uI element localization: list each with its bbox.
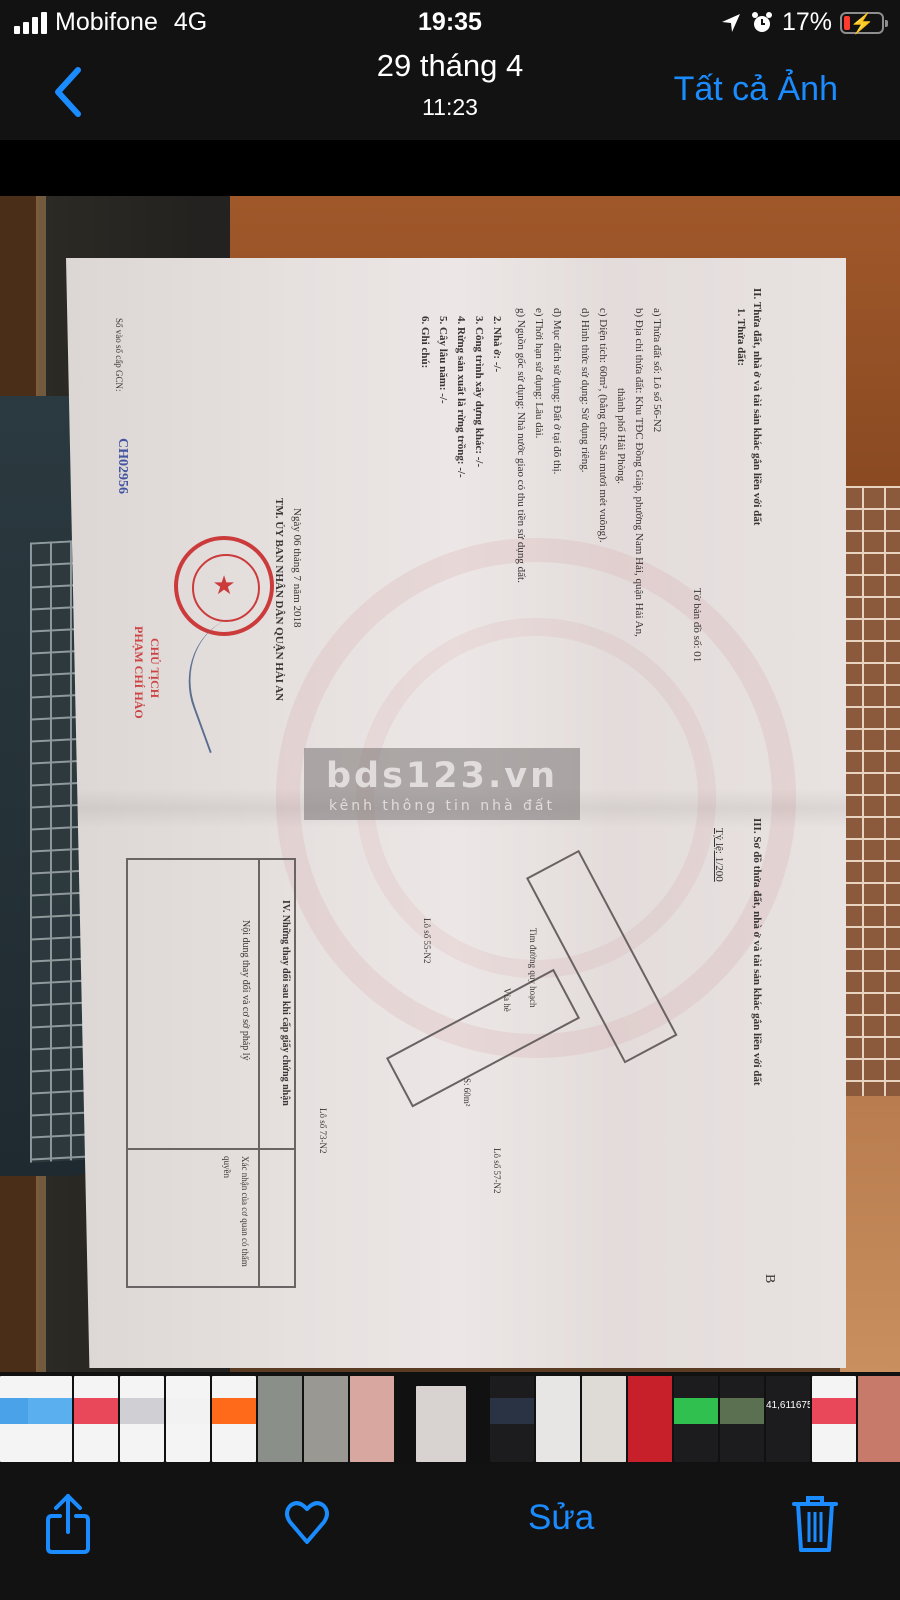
nav-bar: 29 tháng 4 11:23 Tất cả Ảnh xyxy=(0,44,900,140)
thumbnail-post-gray[interactable] xyxy=(120,1376,164,1462)
north-arrow: B xyxy=(760,1274,778,1283)
thumbnail-post-white[interactable] xyxy=(166,1376,210,1462)
scale-label: Tỷ lệ: 1/200 xyxy=(710,828,728,882)
doc-line: 1. Thửa đất: xyxy=(732,308,750,366)
thumbnail-content xyxy=(536,1376,580,1462)
thumbnail-calculator[interactable]: 41,6116751 xyxy=(766,1376,810,1462)
photo-viewer-screen: Mobifone 4G 19:35 17% ⚡ 29 tháng 4 11:23… xyxy=(0,0,900,1600)
thumbnail-content xyxy=(582,1376,626,1462)
thumbnail-content xyxy=(628,1376,672,1462)
watermark-subtitle: kênh thông tin nhà đất xyxy=(304,798,580,814)
doc-line: 4. Rừng sản xuất là rừng trồng: -/- xyxy=(452,316,470,616)
thumbnail-drawing[interactable] xyxy=(536,1376,580,1462)
thumbnail-certificate-pink[interactable] xyxy=(350,1376,394,1462)
signing-date: Ngày 06 tháng 7 năm 2018 xyxy=(288,508,306,627)
thumbnail-content xyxy=(166,1398,210,1424)
doc-line: 2. Nhà ở: -/- xyxy=(488,316,506,616)
thumbnail-post-red[interactable] xyxy=(74,1376,118,1462)
thumbnail-content xyxy=(490,1398,534,1424)
thumbnail-post-red[interactable] xyxy=(812,1376,856,1462)
signer-title: CHỦ TỊCH xyxy=(147,638,162,698)
thumbnail-current-document[interactable] xyxy=(416,1386,466,1462)
location-arrow-icon xyxy=(720,12,742,34)
thumbnail-drawing[interactable] xyxy=(582,1376,626,1462)
section-2-body: a) Thửa đất số: Lô số 56-N2 b) Địa chỉ t… xyxy=(576,308,666,728)
doc-line: c) Diện tích: 60m², (bằng chữ: Sáu mươi … xyxy=(594,308,612,728)
thumbnail-content xyxy=(28,1398,72,1424)
trash-icon xyxy=(792,1494,838,1554)
thumbnail-content xyxy=(350,1376,394,1462)
share-button[interactable] xyxy=(44,1492,92,1556)
thumbnail-red-book[interactable] xyxy=(628,1376,672,1462)
thumbnail-content xyxy=(720,1398,764,1424)
thumbnail-content xyxy=(674,1398,718,1424)
map-sheet-number: Tờ bản đồ số: 01 xyxy=(688,588,706,662)
thumbnail-strip[interactable]: 41,6116751 xyxy=(0,1372,900,1464)
heart-icon xyxy=(284,1500,330,1546)
section-2-items: 2. Nhà ở: -/- 3. Công trình xây dựng khá… xyxy=(416,316,506,616)
thumbnail-content xyxy=(304,1376,348,1462)
doc-line: e) Thời hạn sử dụng: Lâu dài. xyxy=(530,308,548,728)
thumbnail-content xyxy=(416,1386,466,1462)
thumbnail-post-orange[interactable] xyxy=(212,1376,256,1462)
thumbnail-messages[interactable] xyxy=(674,1376,718,1462)
doc-line: 6. Ghi chú: xyxy=(416,316,434,616)
photo-view[interactable]: II. Thửa đất, nhà ở và tài sản khác gắn … xyxy=(0,140,900,1372)
thumbnail-aerial-map[interactable] xyxy=(720,1376,764,1462)
thumbnail-content xyxy=(212,1398,256,1424)
road-label: Tim đường quy hoạch xyxy=(524,928,542,1008)
battery-percent: 17% xyxy=(782,8,832,37)
thumbnail-app-dark[interactable] xyxy=(490,1376,534,1462)
doc-line: thành phố Hải Phòng. xyxy=(612,308,630,728)
thumbnail-bathroom[interactable] xyxy=(304,1376,348,1462)
bottom-toolbar: Sửa xyxy=(0,1464,900,1600)
status-bar: Mobifone 4G 19:35 17% ⚡ xyxy=(0,0,900,44)
table-header-confirmation: Xác nhận của cơ quan có thẩm quyền xyxy=(218,1156,254,1286)
section-2-body-2: đ) Mục đích sử dụng: Đất ở tại đô thị. e… xyxy=(512,308,566,728)
plot-main xyxy=(386,969,580,1108)
thumbnail-content: 41,6116751 xyxy=(766,1400,810,1426)
doc-line: a) Thửa đất số: Lô số 56-N2 xyxy=(648,308,666,728)
thumbnail-content xyxy=(74,1398,118,1424)
alarm-clock-icon xyxy=(750,11,774,35)
favorite-button[interactable] xyxy=(284,1500,330,1546)
section-4-heading: IV. Những thay đổi sau khi cấp giấy chứn… xyxy=(276,900,294,1106)
watermark-title: bds123.vn xyxy=(304,754,580,798)
land-plot-diagram: Tim đường quy hoạch Vỉa hè S: 60m² Lô số… xyxy=(366,858,666,1158)
table-header-changes: Nội dung thay đổi và cơ sở pháp lý xyxy=(236,920,254,1061)
neighbor-lot-55: Lô số 55-N2 xyxy=(418,918,436,964)
doc-line: 3. Công trình xây dựng khác: -/- xyxy=(470,316,488,616)
signer-name: PHẠM CHÍ HẢO xyxy=(131,626,146,719)
battery-charging-icon: ⚡ xyxy=(840,12,884,34)
thumbnail-content xyxy=(258,1376,302,1462)
registry-label: Số vào sổ cấp GCN: xyxy=(110,318,128,392)
all-photos-button[interactable]: Tất cả Ảnh xyxy=(674,70,838,109)
doc-line: d) Hình thức sử dụng: Sử dụng riêng. xyxy=(576,308,594,728)
thumbnail-content xyxy=(858,1376,900,1462)
serial-number: CH02956 xyxy=(114,438,130,494)
thumbnail-person[interactable] xyxy=(858,1376,900,1462)
section-2-heading: II. Thửa đất, nhà ở và tài sản khác gắn … xyxy=(748,288,766,525)
section-3-heading: III. Sơ đồ thửa đất, nhà ở và tài sản kh… xyxy=(748,818,766,1086)
edit-button[interactable]: Sửa xyxy=(528,1498,594,1538)
doc-line: 5. Cây lâu năm: -/- xyxy=(434,316,452,616)
neighbor-lot-57: Lô số 57-N2 xyxy=(488,1148,506,1194)
delete-button[interactable] xyxy=(792,1494,838,1554)
share-icon xyxy=(44,1492,92,1556)
doc-line: b) Địa chỉ thửa đất: Khu TĐC Đồng Giáp, … xyxy=(630,308,648,728)
doc-line: đ) Mục đích sử dụng: Đất ở tại đô thị. xyxy=(548,308,566,728)
sidewalk-label: Vỉa hè xyxy=(498,988,516,1012)
thumbnail-content xyxy=(120,1398,164,1424)
thumbnail-content xyxy=(812,1398,856,1424)
area-label: S: 60m² xyxy=(458,1078,476,1106)
doc-line: g) Nguồn gốc sử dụng: Nhà nước giao có t… xyxy=(512,308,530,728)
status-right: 17% ⚡ xyxy=(720,8,884,37)
neighbor-lot-73: Lô số 73-N2 xyxy=(314,1108,332,1154)
thumbnail-bathroom[interactable] xyxy=(258,1376,302,1462)
thumbnail-screenshot-blue[interactable] xyxy=(28,1376,72,1462)
section-2-lines: 1. Thửa đất: xyxy=(732,308,750,366)
changes-table: IV. Những thay đổi sau khi cấp giấy chứn… xyxy=(126,858,296,1288)
wood-right xyxy=(840,1096,900,1372)
site-watermark: bds123.vn kênh thông tin nhà đất xyxy=(304,748,580,820)
